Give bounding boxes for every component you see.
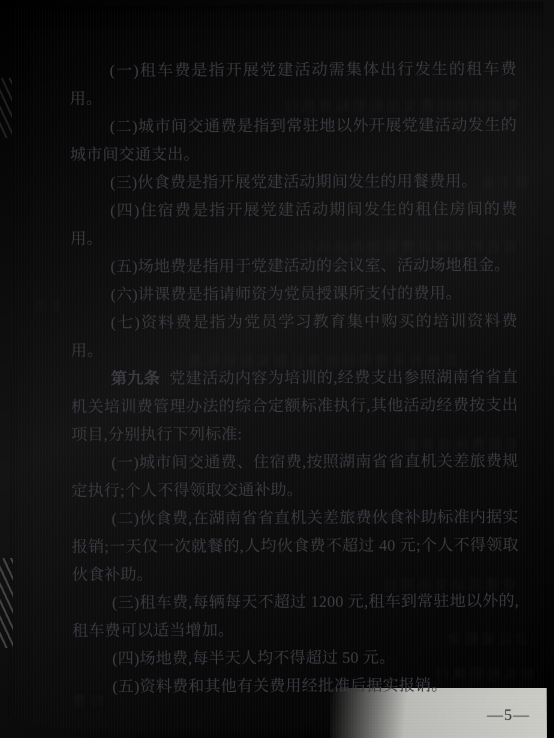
paragraph-text: (一)城市间交通费、住宿费,按照湖南省省直机关差旅费规定执行;个人不得领取交通补… (71, 453, 518, 500)
paragraph-text: (七)资料费是指为党员学习教育集中购买的培训资料费用。 (71, 313, 518, 360)
clause-number: 第九条 (111, 371, 160, 388)
document-paragraph: (四)场地费,每半天人均不得超过 50 元。 (72, 644, 519, 674)
paragraph-text: (四)场地费,每半天人均不得超过 50 元。 (112, 650, 395, 668)
document-paragraph: (一)城市间交通费、住宿费,按照湖南省省直机关差旅费规定执行;个人不得领取交通补… (71, 448, 518, 506)
paragraph-text: (五)资料费和其他有关费用经批准后据实报销。 (112, 677, 447, 695)
document-photo: 党建活动经费支出报销标准执行 省直机关培训费管理办法执行 其他有关费用经批准后据… (0, 0, 554, 738)
paper-sheet: 党建活动经费支出报销标准执行 省直机关培训费管理办法执行 其他有关费用经批准后据… (0, 0, 554, 738)
document-paragraph: (四)住宿费是指开展党建活动期间发生的租住房间的费用。 (70, 196, 517, 254)
paragraph-text: (六)讲课费是指请师资为党员授课所支付的费用。 (111, 285, 462, 304)
page-number: —5— (487, 707, 530, 725)
paragraph-text: (四)住宿费是指开展党建活动期间发生的租住房间的费用。 (70, 201, 517, 248)
document-paragraph: (二)城市间交通费是指到常驻地以外开展党建活动发生的城市间交通支出。 (70, 112, 517, 170)
document-paragraph: (五)资料费和其他有关费用经批准后据实报销。 (72, 672, 519, 702)
paragraph-text: (二)城市间交通费是指到常驻地以外开展党建活动发生的城市间交通支出。 (70, 117, 517, 164)
document-paragraph: (五)场地费是指用于党建活动的会议室、活动场地租金。 (70, 252, 517, 282)
paragraph-text: (五)场地费是指用于党建活动的会议室、活动场地租金。 (110, 257, 510, 276)
document-paragraph: (三)伙食费是指开展党建活动期间发生的用餐费用。 (70, 168, 517, 198)
document-paragraph: (七)资料费是指为党员学习教育集中购买的培训资料费用。 (71, 308, 518, 366)
document-paragraph: (六)讲课费是指请师资为党员授课所支付的费用。 (71, 280, 518, 310)
document-body: (一)租车费是指开展党建活动需集体出行发生的租车费用。 (二)城市间交通费是指到… (70, 56, 520, 702)
document-paragraph: (三)租车费,每辆每天不超过 1200 元,租车到常驻地以外的,租车费可以适当增… (72, 588, 519, 646)
paragraph-text: (三)租车费,每辆每天不超过 1200 元,租车到常驻地以外的,租车费可以适当增… (72, 593, 519, 640)
document-paragraph: (二)伙食费,在湖南省省直机关差旅费伙食补助标准内据实报销;一天仅一次就餐的,人… (72, 504, 519, 590)
paragraph-text: (一)租车费是指开展党建活动需集体出行发生的租车费用。 (70, 61, 517, 108)
document-paragraph: (一)租车费是指开展党建活动需集体出行发生的租车费用。 (70, 56, 517, 114)
paragraph-text: (三)伙食费是指开展党建活动期间发生的用餐费用。 (110, 173, 478, 192)
document-paragraph-article-9: 第九条党建活动内容为培训的,经费支出参照湖南省省直机关培训费管理办法的综合定额标… (71, 364, 518, 450)
paragraph-text: (二)伙食费,在湖南省省直机关差旅费伙食补助标准内据实报销;一天仅一次就餐的,人… (72, 509, 519, 584)
bleedthrough-text: 支出 (20, 295, 65, 315)
margin-glare-streak (0, 78, 12, 138)
